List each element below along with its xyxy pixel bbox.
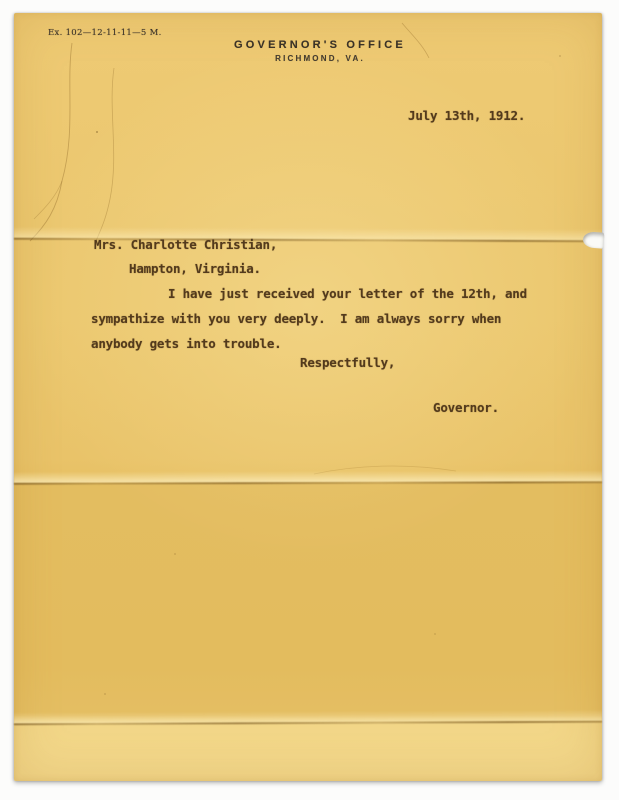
form-print-code: Ex. 102—12-11-11—5 M. [48,28,162,38]
paper-speck [559,55,561,57]
recipient-name: Mrs. Charlotte Christian, [94,237,277,252]
paper-speck [96,131,98,133]
paper-vignette [14,13,602,781]
letterhead-city: RICHMOND, VA. [170,54,470,63]
letter-date: July 13th, 1912. [408,108,525,123]
paper-speck [104,693,106,695]
recipient-address: Hampton, Virginia. [129,261,261,276]
body-line-1: I have just received your letter of the … [168,286,527,301]
letterhead: GOVERNOR'S OFFICE RICHMOND, VA. [170,39,470,63]
body-line-3: anybody gets into trouble. [91,336,281,351]
letterhead-office: GOVERNOR'S OFFICE [170,39,470,51]
signature: Governor. [433,400,499,415]
fold-line [14,481,602,484]
tear-notch [582,231,604,248]
paper-speck [434,633,436,635]
fold-crease-middle [14,481,602,485]
paper-lower-shade [14,483,602,722]
letter-paper: Ex. 102—12-11-11—5 M. GOVERNOR'S OFFICE … [14,13,602,781]
closing-salutation: Respectfully, [300,355,395,370]
wrinkle-marks [14,13,602,781]
body-line-2: sympathize with you very deeply. I am al… [91,311,501,326]
fold-crease-bottom [14,721,602,726]
paper-speck [174,553,176,555]
